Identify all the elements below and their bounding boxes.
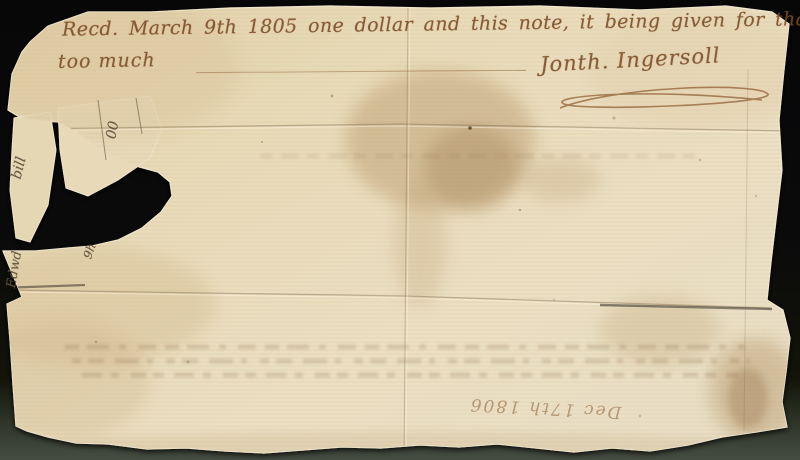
scanned-document: Recd. March 9th 1805 one dollar and this…	[0, 0, 800, 460]
fragment-upper-flap: 00	[103, 120, 122, 140]
handwriting-line-2: too much	[58, 49, 156, 73]
